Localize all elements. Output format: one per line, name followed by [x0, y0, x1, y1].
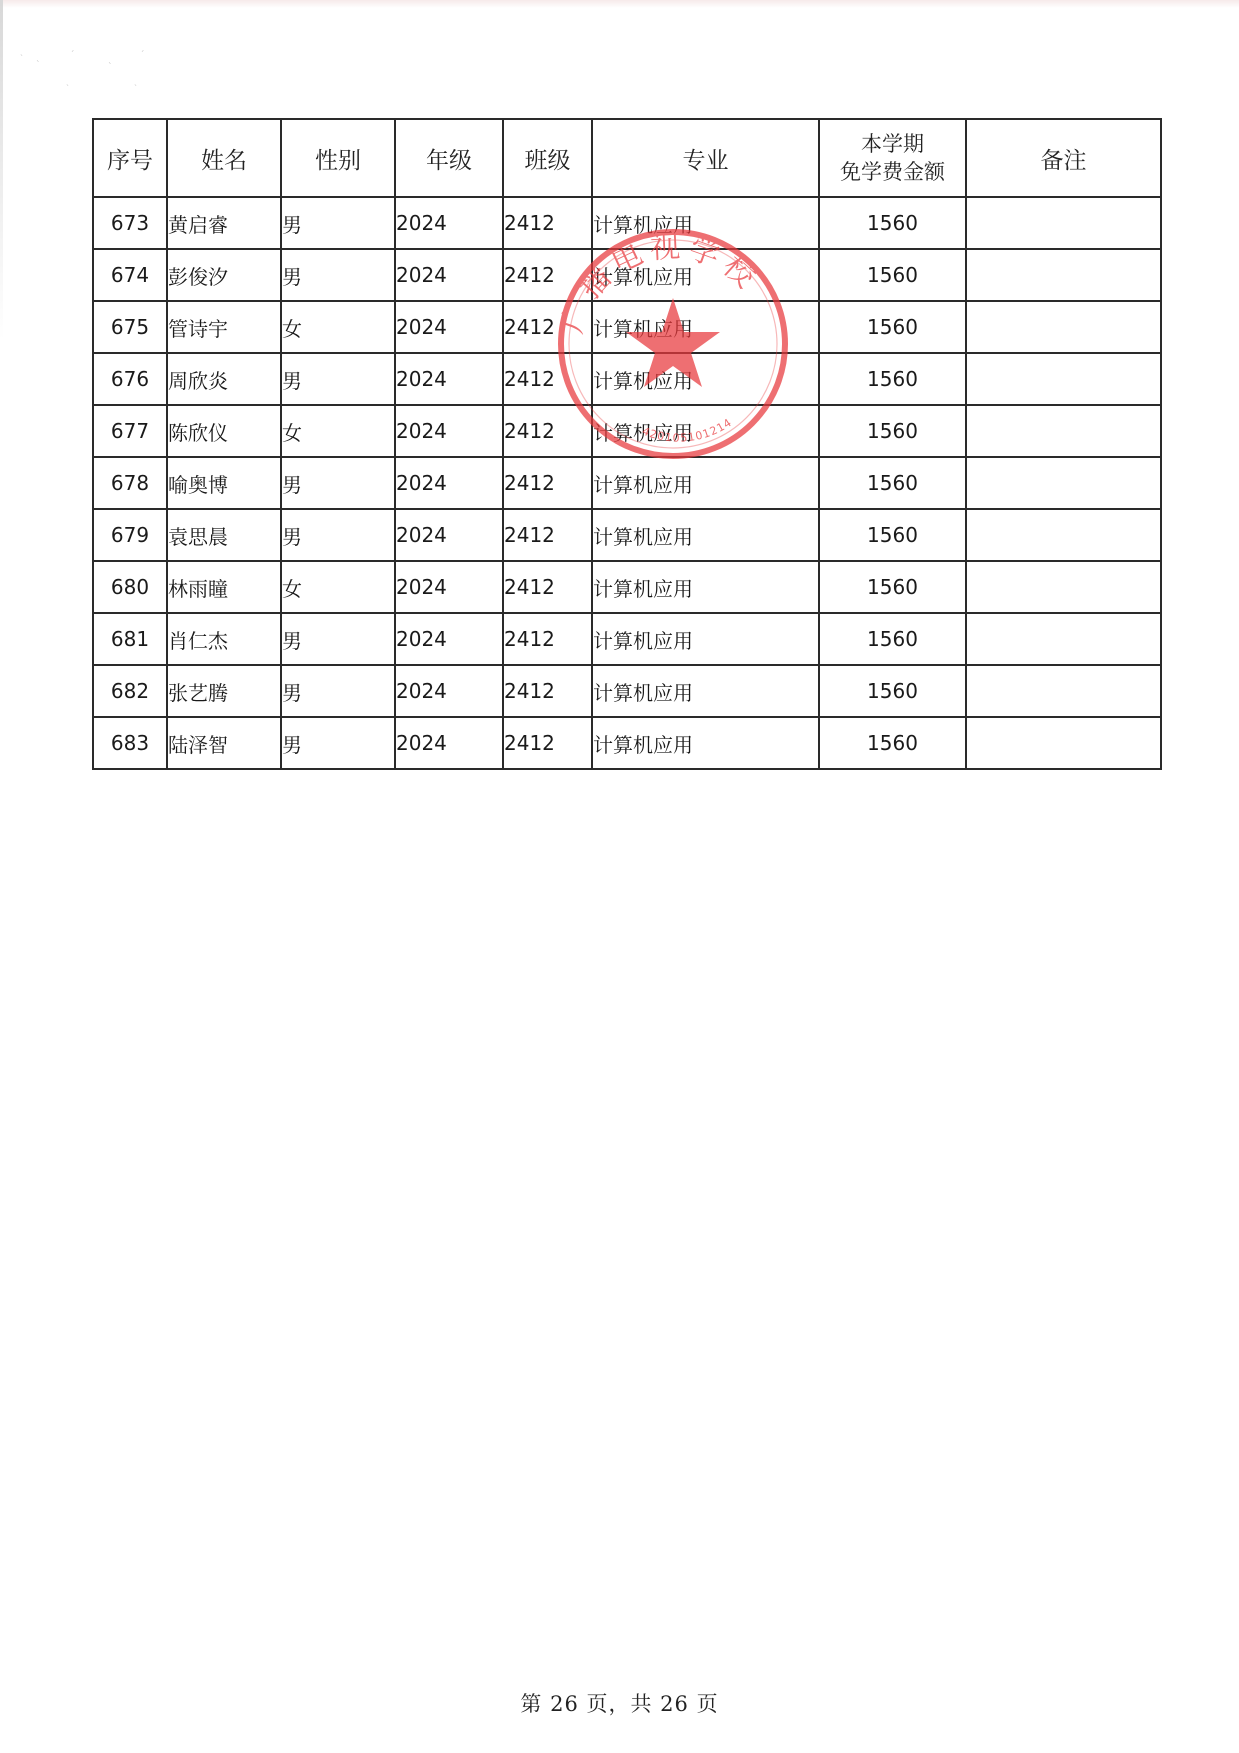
cell-seq: 673 [93, 197, 167, 249]
cell-grade: 2024 [395, 665, 503, 717]
cell-remarks [966, 509, 1161, 561]
cell-amount: 1560 [819, 717, 966, 769]
cell-gender: 女 [281, 405, 395, 457]
cell-gender: 男 [281, 509, 395, 561]
scan-speck: ˋ [36, 62, 41, 71]
cell-major: 计算机应用 [592, 561, 819, 613]
cell-remarks [966, 197, 1161, 249]
header-name: 姓名 [167, 119, 281, 197]
cell-class: 2412 [503, 197, 592, 249]
cell-name: 张艺腾 [167, 665, 281, 717]
cell-seq: 675 [93, 301, 167, 353]
cell-remarks [966, 457, 1161, 509]
cell-amount: 1560 [819, 353, 966, 405]
cell-name: 管诗宇 [167, 301, 281, 353]
cell-gender: 男 [281, 665, 395, 717]
cell-seq: 677 [93, 405, 167, 457]
cell-gender: 女 [281, 301, 395, 353]
scan-speck: ˋ [108, 64, 113, 73]
cell-seq: 679 [93, 509, 167, 561]
cell-seq: 676 [93, 353, 167, 405]
cell-grade: 2024 [395, 405, 503, 457]
table-body: 673黄启睿男20242412计算机应用1560674彭俊汐男20242412计… [93, 197, 1161, 769]
cell-grade: 2024 [395, 509, 503, 561]
cell-class: 2412 [503, 249, 592, 301]
cell-class: 2412 [503, 561, 592, 613]
scan-speck: ˊ [140, 52, 145, 61]
cell-seq: 683 [93, 717, 167, 769]
cell-remarks [966, 717, 1161, 769]
cell-class: 2412 [503, 717, 592, 769]
tuition-waiver-table: 序号 姓名 性别 年级 班级 专业 本学期 免学费金额 备注 673黄启睿男20… [92, 118, 1162, 770]
cell-major: 计算机应用 [592, 405, 819, 457]
cell-grade: 2024 [395, 197, 503, 249]
cell-amount: 1560 [819, 405, 966, 457]
cell-class: 2412 [503, 301, 592, 353]
cell-gender: 女 [281, 561, 395, 613]
cell-amount: 1560 [819, 249, 966, 301]
cell-gender: 男 [281, 249, 395, 301]
table-row: 682张艺腾男20242412计算机应用1560 [93, 665, 1161, 717]
table-row: 676周欣炎男20242412计算机应用1560 [93, 353, 1161, 405]
cell-seq: 681 [93, 613, 167, 665]
header-amount-line2: 免学费金额 [820, 158, 965, 186]
cell-class: 2412 [503, 613, 592, 665]
cell-amount: 1560 [819, 561, 966, 613]
cell-remarks [966, 405, 1161, 457]
cell-major: 计算机应用 [592, 197, 819, 249]
cell-seq: 678 [93, 457, 167, 509]
scan-edge-left [0, 0, 3, 340]
table-row: 679袁思晨男20242412计算机应用1560 [93, 509, 1161, 561]
cell-amount: 1560 [819, 301, 966, 353]
cell-major: 计算机应用 [592, 717, 819, 769]
table-row: 678喻奥博男20242412计算机应用1560 [93, 457, 1161, 509]
cell-remarks [966, 301, 1161, 353]
cell-name: 黄启睿 [167, 197, 281, 249]
cell-name: 袁思晨 [167, 509, 281, 561]
table-header-row: 序号 姓名 性别 年级 班级 专业 本学期 免学费金额 备注 [93, 119, 1161, 197]
table-row: 674彭俊汐男20242412计算机应用1560 [93, 249, 1161, 301]
cell-major: 计算机应用 [592, 509, 819, 561]
cell-name: 喻奥博 [167, 457, 281, 509]
cell-class: 2412 [503, 457, 592, 509]
cell-major: 计算机应用 [592, 613, 819, 665]
header-gender: 性别 [281, 119, 395, 197]
cell-grade: 2024 [395, 457, 503, 509]
header-remarks: 备注 [966, 119, 1161, 197]
table-row: 677陈欣仪女20242412计算机应用1560 [93, 405, 1161, 457]
scan-edge-top [0, 0, 1239, 8]
cell-amount: 1560 [819, 613, 966, 665]
cell-grade: 2024 [395, 301, 503, 353]
cell-name: 彭俊汐 [167, 249, 281, 301]
cell-name: 周欣炎 [167, 353, 281, 405]
header-amount: 本学期 免学费金额 [819, 119, 966, 197]
cell-gender: 男 [281, 197, 395, 249]
cell-gender: 男 [281, 457, 395, 509]
table-row: 683陆泽智男20242412计算机应用1560 [93, 717, 1161, 769]
cell-seq: 682 [93, 665, 167, 717]
cell-amount: 1560 [819, 457, 966, 509]
table-row: 680林雨瞳女20242412计算机应用1560 [93, 561, 1161, 613]
cell-grade: 2024 [395, 353, 503, 405]
cell-class: 2412 [503, 665, 592, 717]
cell-major: 计算机应用 [592, 301, 819, 353]
cell-major: 计算机应用 [592, 457, 819, 509]
cell-class: 2412 [503, 353, 592, 405]
cell-class: 2412 [503, 509, 592, 561]
table-row: 681肖仁杰男20242412计算机应用1560 [93, 613, 1161, 665]
cell-remarks [966, 249, 1161, 301]
cell-grade: 2024 [395, 249, 503, 301]
cell-gender: 男 [281, 613, 395, 665]
cell-name: 林雨瞳 [167, 561, 281, 613]
scan-speck: ˏ [66, 78, 69, 87]
cell-name: 陈欣仪 [167, 405, 281, 457]
scan-speck: ˎ [20, 48, 23, 57]
cell-remarks [966, 353, 1161, 405]
table-row: 673黄启睿男20242412计算机应用1560 [93, 197, 1161, 249]
cell-amount: 1560 [819, 665, 966, 717]
cell-name: 肖仁杰 [167, 613, 281, 665]
cell-remarks [966, 561, 1161, 613]
cell-major: 计算机应用 [592, 665, 819, 717]
cell-major: 计算机应用 [592, 353, 819, 405]
cell-remarks [966, 613, 1161, 665]
header-amount-line1: 本学期 [820, 130, 965, 158]
cell-amount: 1560 [819, 509, 966, 561]
cell-seq: 674 [93, 249, 167, 301]
header-major: 专业 [592, 119, 819, 197]
cell-major: 计算机应用 [592, 249, 819, 301]
header-grade: 年级 [395, 119, 503, 197]
scan-speck: ˊ [70, 52, 75, 61]
page-number-footer: 第 26 页，共 26 页 [0, 1688, 1239, 1718]
cell-gender: 男 [281, 717, 395, 769]
cell-grade: 2024 [395, 561, 503, 613]
cell-grade: 2024 [395, 717, 503, 769]
header-seq: 序号 [93, 119, 167, 197]
cell-seq: 680 [93, 561, 167, 613]
cell-name: 陆泽智 [167, 717, 281, 769]
cell-class: 2412 [503, 405, 592, 457]
cell-remarks [966, 665, 1161, 717]
cell-gender: 男 [281, 353, 395, 405]
cell-amount: 1560 [819, 197, 966, 249]
scan-speck: ˎ [134, 78, 137, 87]
cell-grade: 2024 [395, 613, 503, 665]
table-row: 675管诗宇女20242412计算机应用1560 [93, 301, 1161, 353]
header-class: 班级 [503, 119, 592, 197]
